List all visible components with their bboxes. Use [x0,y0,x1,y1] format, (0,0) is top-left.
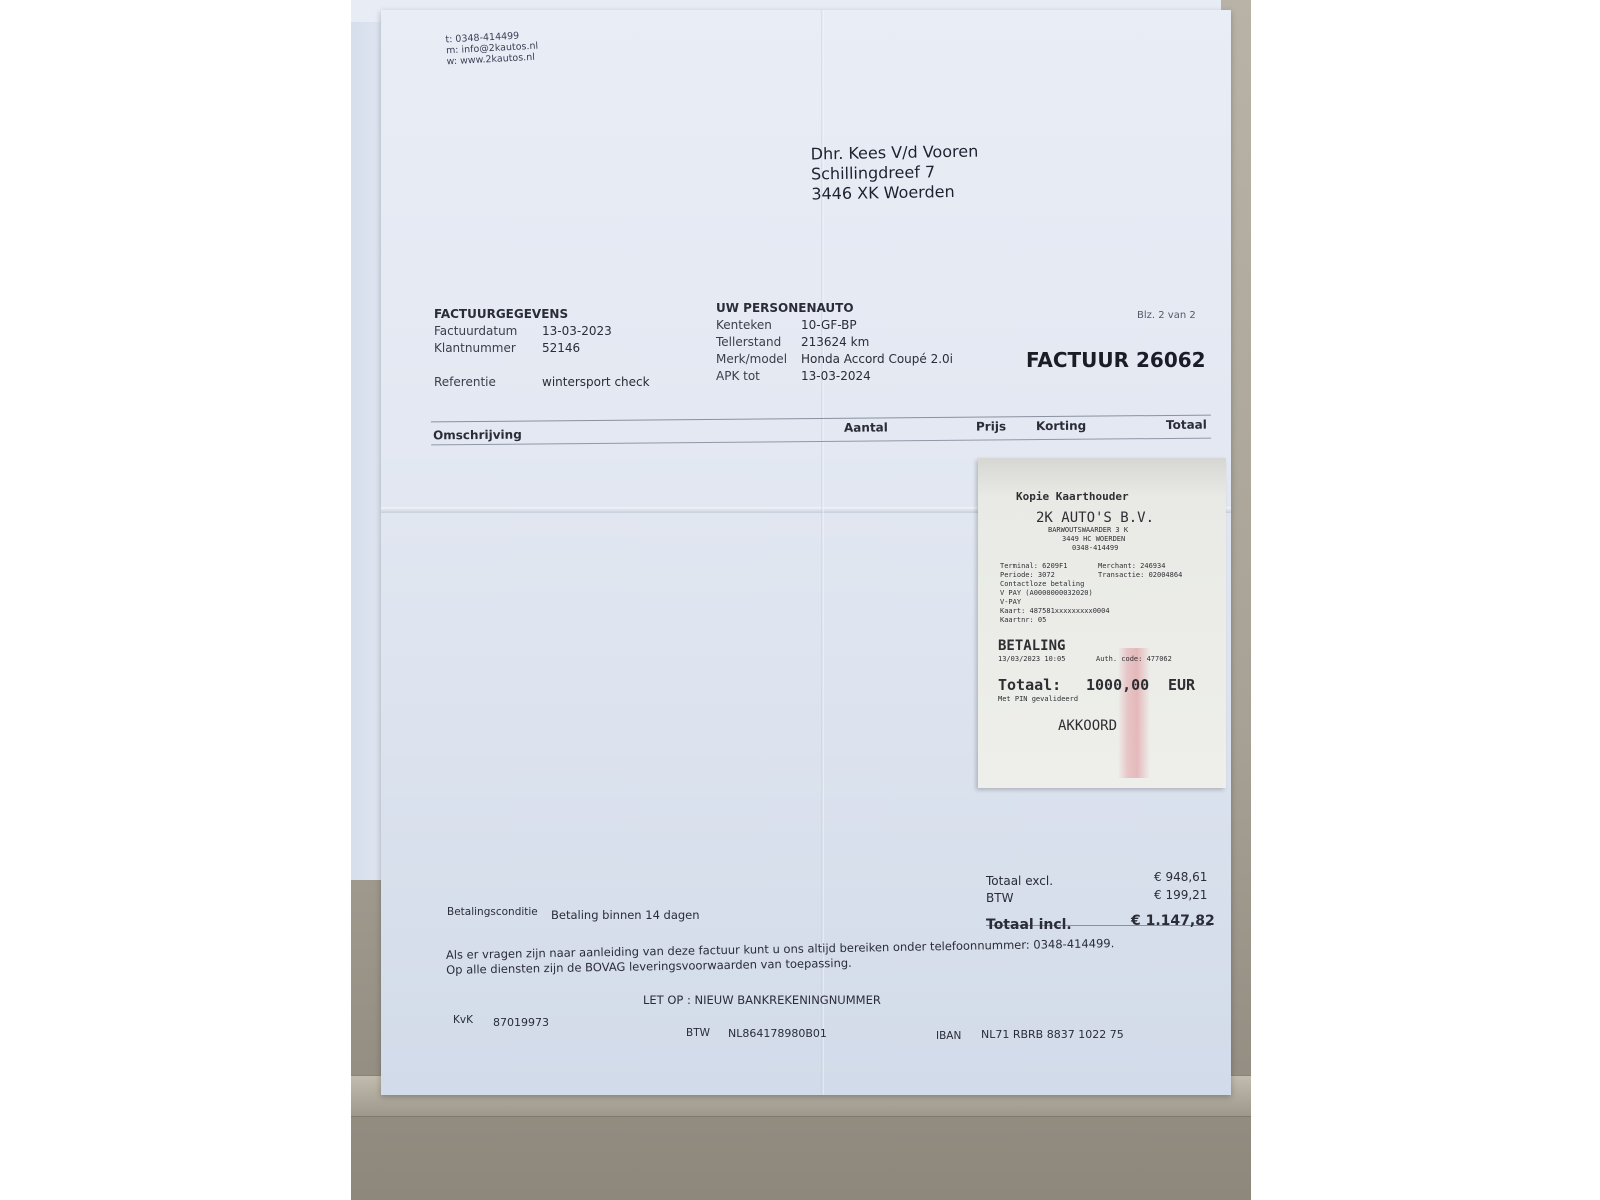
page-indicator: Blz. 2 van 2 [1137,310,1196,321]
recipient-name: Dhr. Kees V/d Vooren [810,142,978,165]
iban-value: NL71 RBRB 8837 1022 75 [981,1028,1124,1041]
reference-value: wintersport check [542,374,650,391]
apk-value: 13-03-2024 [801,368,871,385]
payment-terms-label: Betalingsconditie [447,906,538,918]
receipt-merchant-id: Merchant: 246934 [1098,562,1165,570]
receipt-transaction: Transactie: 02004864 [1098,571,1182,579]
invoice-details: FACTUURGEGEVENS Factuurdatum13-03-2023 K… [434,306,650,391]
vat-number-value: NL864178980B01 [728,1027,827,1040]
receipt-card-brand: V-PAY [1000,598,1021,606]
vat-number-label: BTW [686,1027,710,1039]
receipt-auth-code: Auth. code: 477062 [1096,655,1172,663]
invoice-title: FACTUUR 26062 [1026,348,1206,372]
receipt-datetime: 13/03/2023 10:05 [998,655,1065,663]
license-plate-value: 10-GF-BP [801,317,857,334]
total-incl-value: € 1.147,82 [1131,913,1215,929]
subtotal-value: € 948,61 [1154,870,1207,884]
vat-label: BTW [986,891,1013,905]
receipt-merchant-name: 2K AUTO'S B.V. [1036,510,1154,526]
col-quantity: Aantal [844,420,888,434]
receipt-merchant-street: BARWOUTSWAARDER 3 K [1048,526,1128,534]
col-price: Prijs [976,419,1006,433]
total-incl-label: Totaal incl. [986,917,1072,933]
invoice-details-heading: FACTUURGEGEVENS [434,306,650,323]
receipt-title: BETALING [998,638,1065,654]
apk-label: APK tot [716,368,801,385]
receipt-currency: EUR [1168,676,1195,694]
payment-terms-value: Betaling binnen 14 dagen [551,908,700,922]
receipt-card-app: V PAY (A0000000032020) [1000,589,1093,597]
line-items-header: Omschrijving Aantal Prijs Korting Totaal [431,415,1211,446]
odometer-label: Tellerstand [716,334,801,351]
col-discount: Korting [1036,419,1086,433]
customer-number-label: Klantnummer [434,340,542,357]
subtotal-label: Totaal excl. [986,874,1053,888]
photo-background: t: 0348-414499 m: info@2kautos.nl w: www… [351,0,1251,1200]
receipt-card-number: Kaart: 487581xxxxxxxxx0004 [1000,607,1110,615]
invoice-date-value: 13-03-2023 [542,323,612,340]
receipt-terminal: Terminal: 6209F1 [1000,562,1067,570]
sender-contact: t: 0348-414499 m: info@2kautos.nl w: www… [445,30,539,68]
vat-value: € 199,21 [1154,888,1207,902]
col-description: Omschrijving [433,428,522,443]
receipt-header: Kopie Kaarthouder [1016,490,1129,503]
bank-account-notice: LET OP : NIEUW BANKREKENINGNUMMER [643,993,881,1007]
vehicle-details: UW PERSONENAUTO Kenteken10-GF-BP Tellers… [716,300,953,385]
receipt-total-label: Totaal: [998,676,1061,694]
card-payment-receipt: Kopie Kaarthouder 2K AUTO'S B.V. BARWOUT… [978,458,1226,788]
recipient-city: 3446 XK Woerden [811,182,979,205]
receipt-validation: Met PIN gevalideerd [998,695,1078,703]
vehicle-heading: UW PERSONENAUTO [716,300,953,317]
col-total: Totaal [1166,418,1207,432]
receipt-merchant-phone: 0348-414499 [1072,544,1118,552]
receipt-payment-type: Contactloze betaling [1000,580,1084,588]
receipt-total-value: 1000,00 [1086,676,1149,694]
customer-number-value: 52146 [542,340,580,357]
make-model-label: Merk/model [716,351,801,368]
kvk-label: KvK [453,1014,473,1026]
receipt-status: AKKOORD [1058,718,1117,734]
iban-label: IBAN [936,1030,961,1042]
invoice-date-label: Factuurdatum [434,323,542,340]
red-stamp-mark [1118,648,1150,778]
make-model-value: Honda Accord Coupé 2.0i [801,351,953,368]
reference-label: Referentie [434,374,542,391]
receipt-card-seq: Kaartnr: 05 [1000,616,1046,624]
receipt-merchant-city: 3449 HC WOERDEN [1062,535,1125,543]
receipt-period: Periode: 3072 [1000,571,1055,579]
recipient-address: Dhr. Kees V/d Vooren Schillingdreef 7 34… [810,142,979,205]
license-plate-label: Kenteken [716,317,801,334]
footnotes: Als er vragen zijn naar aanleiding van d… [446,936,1115,978]
kvk-value: 87019973 [493,1016,549,1029]
odometer-value: 213624 km [801,334,869,351]
